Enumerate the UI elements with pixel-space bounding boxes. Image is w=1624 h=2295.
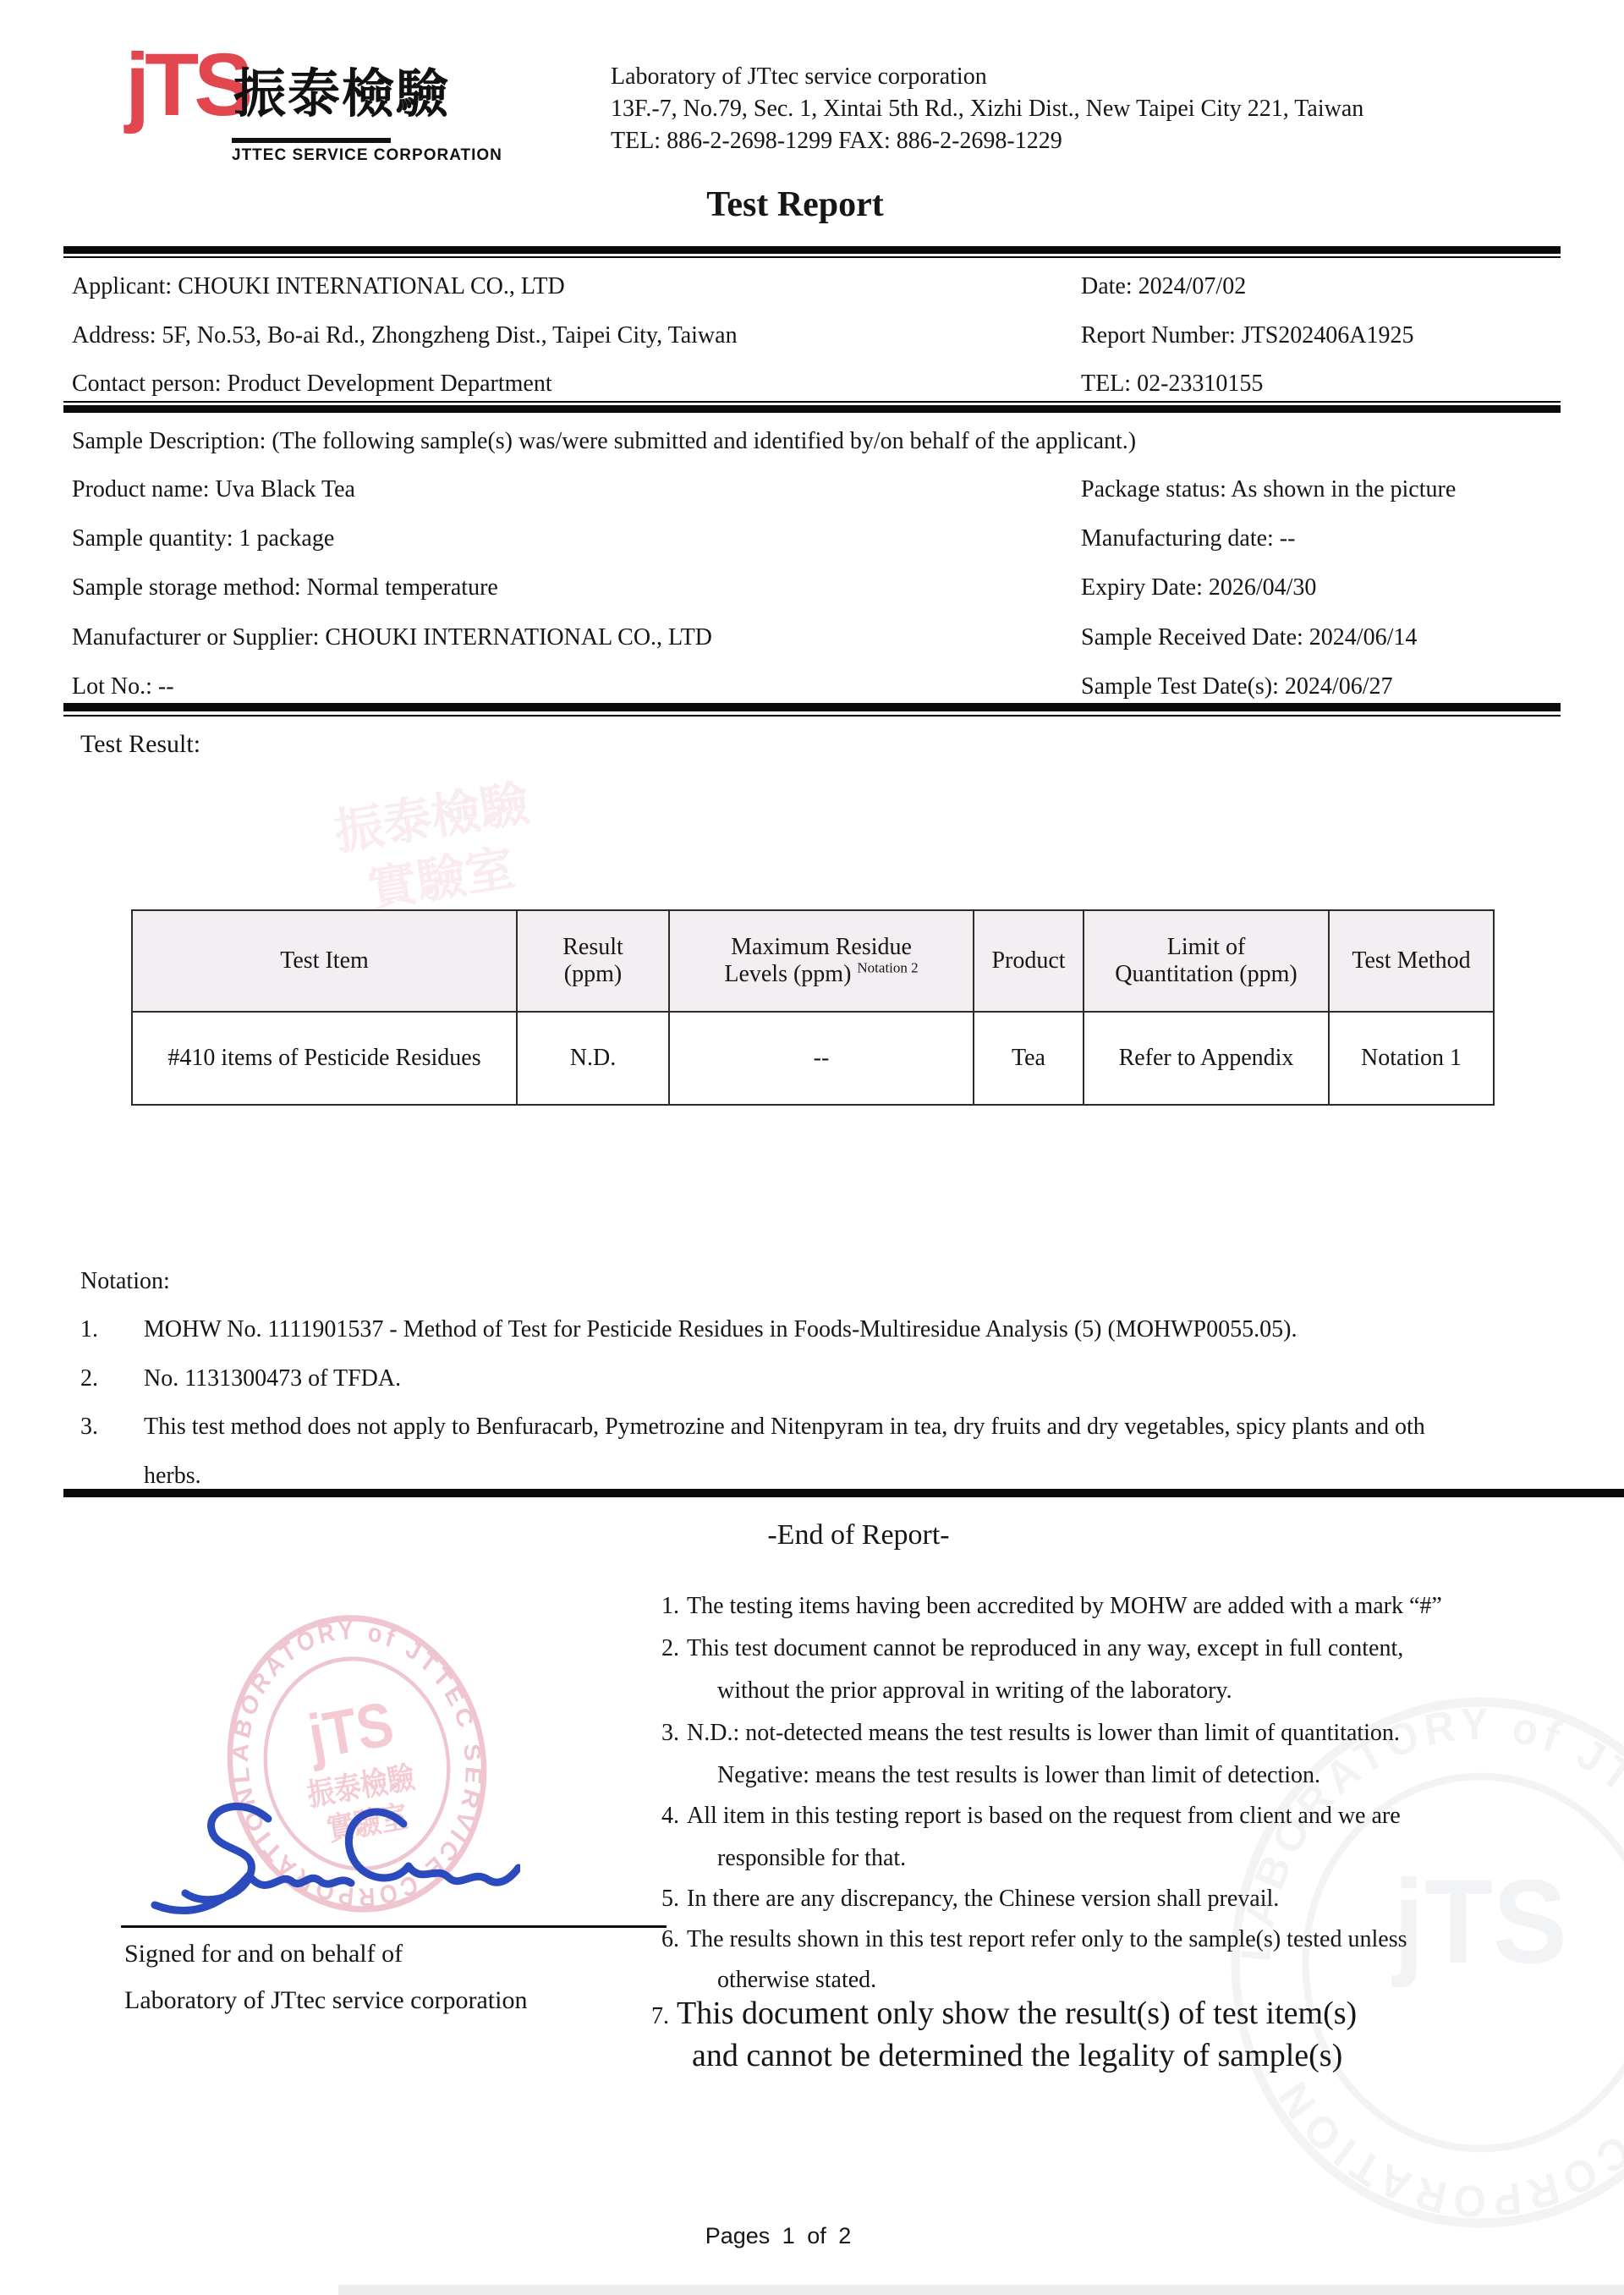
signed-on-behalf-text: Signed for and on behalf of [124,1939,403,1969]
notation-3-number: 3. [80,1413,98,1441]
cell-test-method: Notation 1 [1329,1012,1494,1105]
lab-street-address: 13F.-7, No.79, Sec. 1, Xintai 5th Rd., X… [611,93,1363,125]
cell-result: N.D. [517,1012,669,1105]
logo-subtitle: JTTEC SERVICE CORPORATION [232,146,502,165]
sample-test-date: Sample Test Date(s): 2024/06/27 [1081,673,1392,701]
footnote-5: 5.In there are any discrepancy, the Chin… [661,1885,1279,1913]
sample-storage-method: Sample storage method: Normal temperatur… [72,574,498,602]
stamp-bleed-ghost: 振泰檢驗 實驗室 [330,772,543,925]
scan-edge-bar [338,2285,1624,2295]
notation-1-text: MOHW No. 1111901537 - Method of Test for… [144,1315,1297,1344]
product-name: Product name: Uva Black Tea [72,475,355,504]
page-title: Test Report [0,184,1590,225]
divider [63,256,1561,258]
notation-2-text: No. 1131300473 of TFDA. [144,1364,401,1393]
sample-received-date: Sample Received Date: 2024/06/14 [1081,623,1417,652]
footnote-2-cont: without the prior approval in writing of… [717,1677,1232,1705]
divider [63,405,1561,413]
signature-lab-name: Laboratory of JTtec service corporation [124,1985,527,2016]
notation-heading: Notation: [80,1267,170,1296]
sample-description-intro: Sample Description: (The following sampl… [72,427,1136,456]
col-test-item: Test Item [132,910,517,1012]
divider [63,246,1561,254]
logo-underline [232,138,391,143]
stamp-jts-mark: jTS [302,1688,398,1772]
notation-2-superscript: Notation 2 [857,960,918,976]
footnote-2: 2.This test document cannot be reproduce… [661,1634,1403,1663]
company-logo: jTS [125,41,248,129]
divider [63,703,1561,711]
notation-3-text: This test method does not apply to Benfu… [144,1413,1425,1441]
table-header-row: Test Item Result (ppm) Maximum Residue L… [132,910,1494,1012]
test-result-table: Test Item Result (ppm) Maximum Residue L… [131,909,1495,1106]
col-result: Result (ppm) [517,910,669,1012]
footnote-4-cont: responsible for that. [717,1844,906,1873]
logo-chinese-name: 振泰檢驗 [233,68,450,120]
notation-3-text-cont: herbs. [144,1462,201,1491]
divider [63,1489,1624,1497]
jts-logo-mark: jTS [125,36,248,135]
notation-2-number: 2. [80,1364,98,1393]
applicant-address: Address: 5F, No.53, Bo-ai Rd., Zhongzhen… [72,321,738,350]
col-loq: Limit of Quantitation (ppm) [1084,910,1329,1012]
contact-person: Contact person: Product Development Depa… [72,370,552,398]
expiry-date: Expiry Date: 2026/04/30 [1081,574,1316,602]
svg-text:jTS: jTS [1391,1854,1567,1988]
col-product: Product [974,910,1084,1012]
footnote-6-cont: otherwise stated. [717,1966,876,1995]
cell-loq: Refer to Appendix [1084,1012,1329,1105]
package-status: Package status: As shown in the picture [1081,475,1456,504]
applicant-tel: TEL: 02-23310155 [1081,370,1263,398]
applicant-line: Applicant: CHOUKI INTERNATIONAL CO., LTD [72,272,565,301]
cell-product: Tea [974,1012,1084,1105]
manufacturer-supplier: Manufacturer or Supplier: CHOUKI INTERNA… [72,623,712,652]
sample-quantity: Sample quantity: 1 package [72,524,334,553]
test-result-heading: Test Result: [80,729,200,760]
lab-tel-fax: TEL: 886-2-2698-1299 FAX: 886-2-2698-122… [611,125,1363,157]
report-number: Report Number: JTS202406A1925 [1081,321,1414,350]
cell-mrl: -- [669,1012,974,1105]
col-mrl: Maximum Residue Levels (ppm) Notation 2 [669,910,974,1012]
lot-no: Lot No.: -- [72,673,174,701]
manufacturing-date: Manufacturing date: -- [1081,524,1295,553]
ghost-stamp-watermark: LABORATORY of JTTEC SERVICE CORPORATION … [1218,1683,1624,2242]
page-number: Pages 1 of 2 [0,2223,1556,2249]
test-report-page: jTS 振泰檢驗 JTTEC SERVICE CORPORATION Labor… [0,0,1624,2295]
notation-1-number: 1. [80,1315,98,1344]
cell-test-item: #410 items of Pesticide Residues [132,1012,517,1105]
col-test-method: Test Method [1329,910,1494,1012]
report-date: Date: 2024/07/02 [1081,272,1246,301]
divider [63,401,1561,403]
footnote-1: 1.The testing items having been accredit… [661,1592,1442,1621]
end-of-report-label: -End of Report- [0,1519,1624,1551]
lab-name: Laboratory of JTtec service corporation [611,61,1363,93]
divider [63,715,1561,717]
lab-address-block: Laboratory of JTtec service corporation … [611,61,1363,157]
table-data-row: #410 items of Pesticide Residues N.D. --… [132,1012,1494,1105]
signature-line [121,1925,667,1928]
signature-handwriting [148,1793,520,1937]
